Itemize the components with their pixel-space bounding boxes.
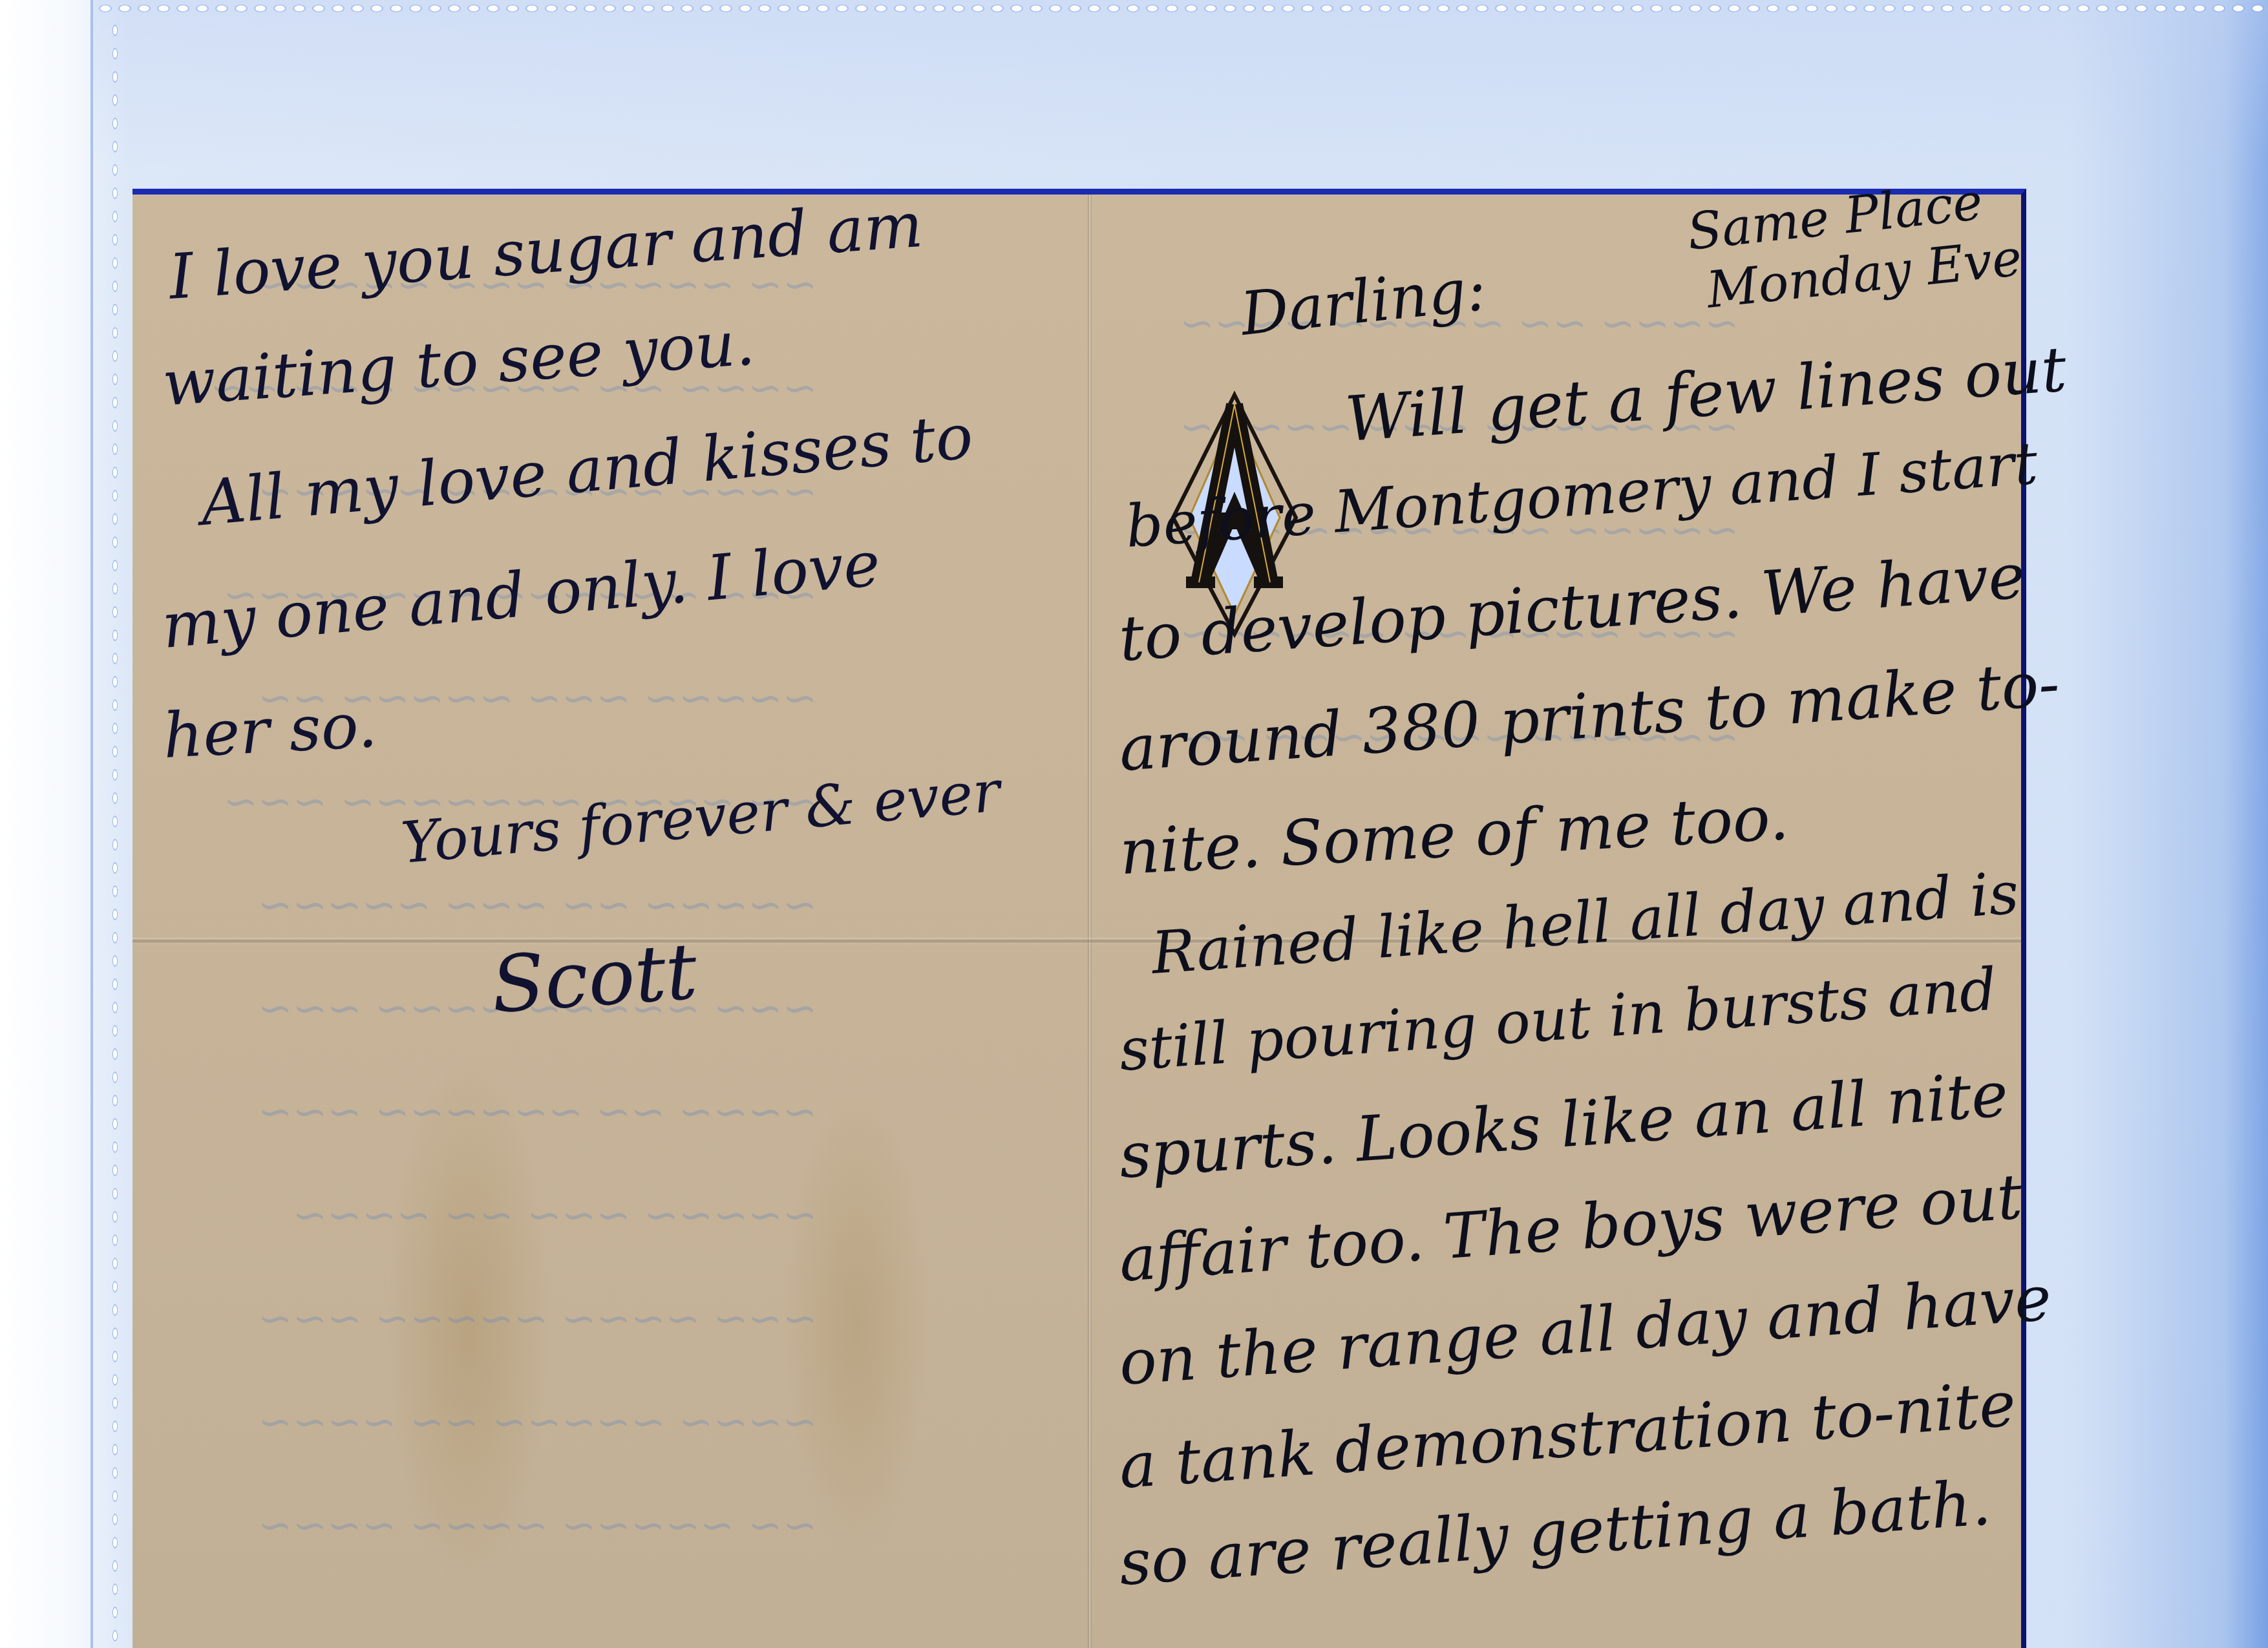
letter-line: All my love and kisses to [198, 405, 975, 534]
letter-line: waiting to see you. [160, 312, 756, 415]
salutation: Darling: [1238, 260, 1489, 344]
sleeve-seam-top [96, 3, 2268, 14]
signature: Scott [489, 933, 700, 1025]
letter-line: affair too. The boys were out [1117, 1166, 2024, 1291]
letter-line: I love you sugar and am [167, 194, 924, 308]
sleeve-seam-left [110, 19, 120, 1648]
vertical-fold [1088, 195, 1092, 1648]
letter-line: Will get a few lines out [1343, 338, 2068, 450]
letter-closing: Yours forever & ever [399, 763, 1002, 872]
letter-line: her so. [162, 694, 379, 767]
letter-line: nite. Some of me too. [1118, 787, 1790, 883]
letter-line: around 380 prints to make to- [1117, 653, 2061, 780]
letter-sheet: ~~ ~~~~~ ~~~ ~~~~~ ~~~~ ~~ ~~~~~ ~~~ ~~ … [132, 189, 2026, 1648]
letter-line: my one and only. I love [160, 533, 883, 657]
letter-line: spurts. Looks like an all nite [1117, 1063, 2010, 1187]
